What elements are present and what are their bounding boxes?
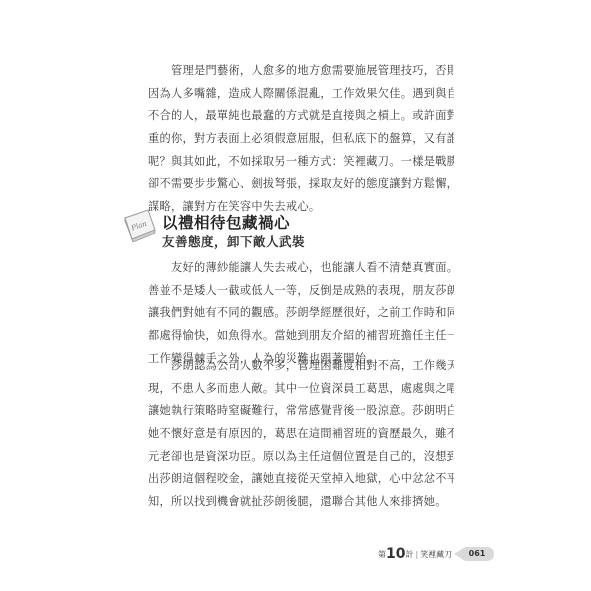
chapter-prefix: 第 <box>378 550 386 559</box>
text-line: 不合的人，最單純也最蠢的方式就是直接與之槓上。或許面對位高權 <box>148 105 454 128</box>
text-line: 呢？與其如此，不如採取另一種方式：笑裡藏刀。一樣是戰勝敵方， <box>148 151 454 174</box>
text-line: 友好的薄紗能讓人失去戒心，也能讓人看不清楚真實面。保持和 <box>148 257 454 280</box>
section-heading: Plan 以禮相待包藏禍心 友善態度，卸下敵人武裝 <box>122 208 462 252</box>
paragraph-3: 莎朗認為公司人數不多，管理困難度相對不高，工作幾天後才發 現，不患人多而患人敵。… <box>148 355 454 514</box>
footer-separator: | <box>415 550 418 559</box>
text-line: 莎朗認為公司人數不多，管理困難度相對不高，工作幾天後才發 <box>148 355 454 378</box>
text-line: 現，不患人多而患人敵。其中一位資深員工葛思，處處與之唱反調， <box>148 378 454 401</box>
text-line: 重的你，對方表面上必須假意屈服，但私底下的盤算，又有誰能知曉 <box>148 128 454 151</box>
section-title: 以禮相待包藏禍心 <box>162 211 290 233</box>
text-line: 出莎朗這個程咬金，讓她直接從天堂掉入地獄，心中忿忿不平可想而 <box>148 468 454 491</box>
text-line: 管理是門藝術，人愈多的地方愈需要施展管理技巧，否則很容易 <box>148 60 454 83</box>
text-line: 因為人多嘴雜，造成人際關係混亂，工作效果欠佳。遇到與自己理念 <box>148 83 454 106</box>
section-subtitle: 友善態度，卸下敵人武裝 <box>162 232 305 250</box>
text-line: 元老卻也是資深功臣。原以為主任這個位置是自己的，沒想到半路殺 <box>148 446 454 469</box>
chapter-suffix: 計 <box>405 550 413 559</box>
text-line: 都處得愉快，如魚得水。當她到朋友介紹的補習班擔任主任一職後， <box>148 325 454 348</box>
chapter-title: 笑裡藏刀 <box>420 550 452 559</box>
page-number: 061 <box>460 547 494 561</box>
plan-notebook-icon: Plan <box>122 208 158 242</box>
book-page: 管理是門藝術，人愈多的地方愈需要施展管理技巧，否則很容易 因為人多嘴雜，造成人際… <box>0 0 591 591</box>
text-line: 知，所以找到機會就扯莎朗後腿，還聯合其他人來排擠她。 <box>148 491 454 514</box>
text-line: 善並不是矮人一截或低人一等，反倒是成熟的表現，朋友莎朗的經驗 <box>148 280 454 303</box>
text-line: 她不懷好意是有原因的，葛思在這間補習班的資歷最久，雖不是開國 <box>148 423 454 446</box>
text-line: 讓她執行策略時窒礙難行，常常感覺背後一股涼意。莎朗明白葛思對 <box>148 400 454 423</box>
chapter-label: 第10計|笑裡藏刀 <box>378 546 452 563</box>
paragraph-2: 友好的薄紗能讓人失去戒心，也能讓人看不清楚真實面。保持和 善並不是矮人一截或低人… <box>148 257 454 370</box>
text-line: 讓我們對她有不同的觀感。莎朗學經歷很好，之前工作時和同事上司 <box>148 302 454 325</box>
intro-paragraph: 管理是門藝術，人愈多的地方愈需要施展管理技巧，否則很容易 因為人多嘴雜，造成人際… <box>148 60 454 219</box>
page-footer: 第10計|笑裡藏刀 061 <box>378 546 498 562</box>
chapter-number: 10 <box>386 546 405 562</box>
text-line: 卻不需要步步驚心、劍拔弩張，採取友好的態度讓對方鬆懈，再慢慢 <box>148 173 454 196</box>
